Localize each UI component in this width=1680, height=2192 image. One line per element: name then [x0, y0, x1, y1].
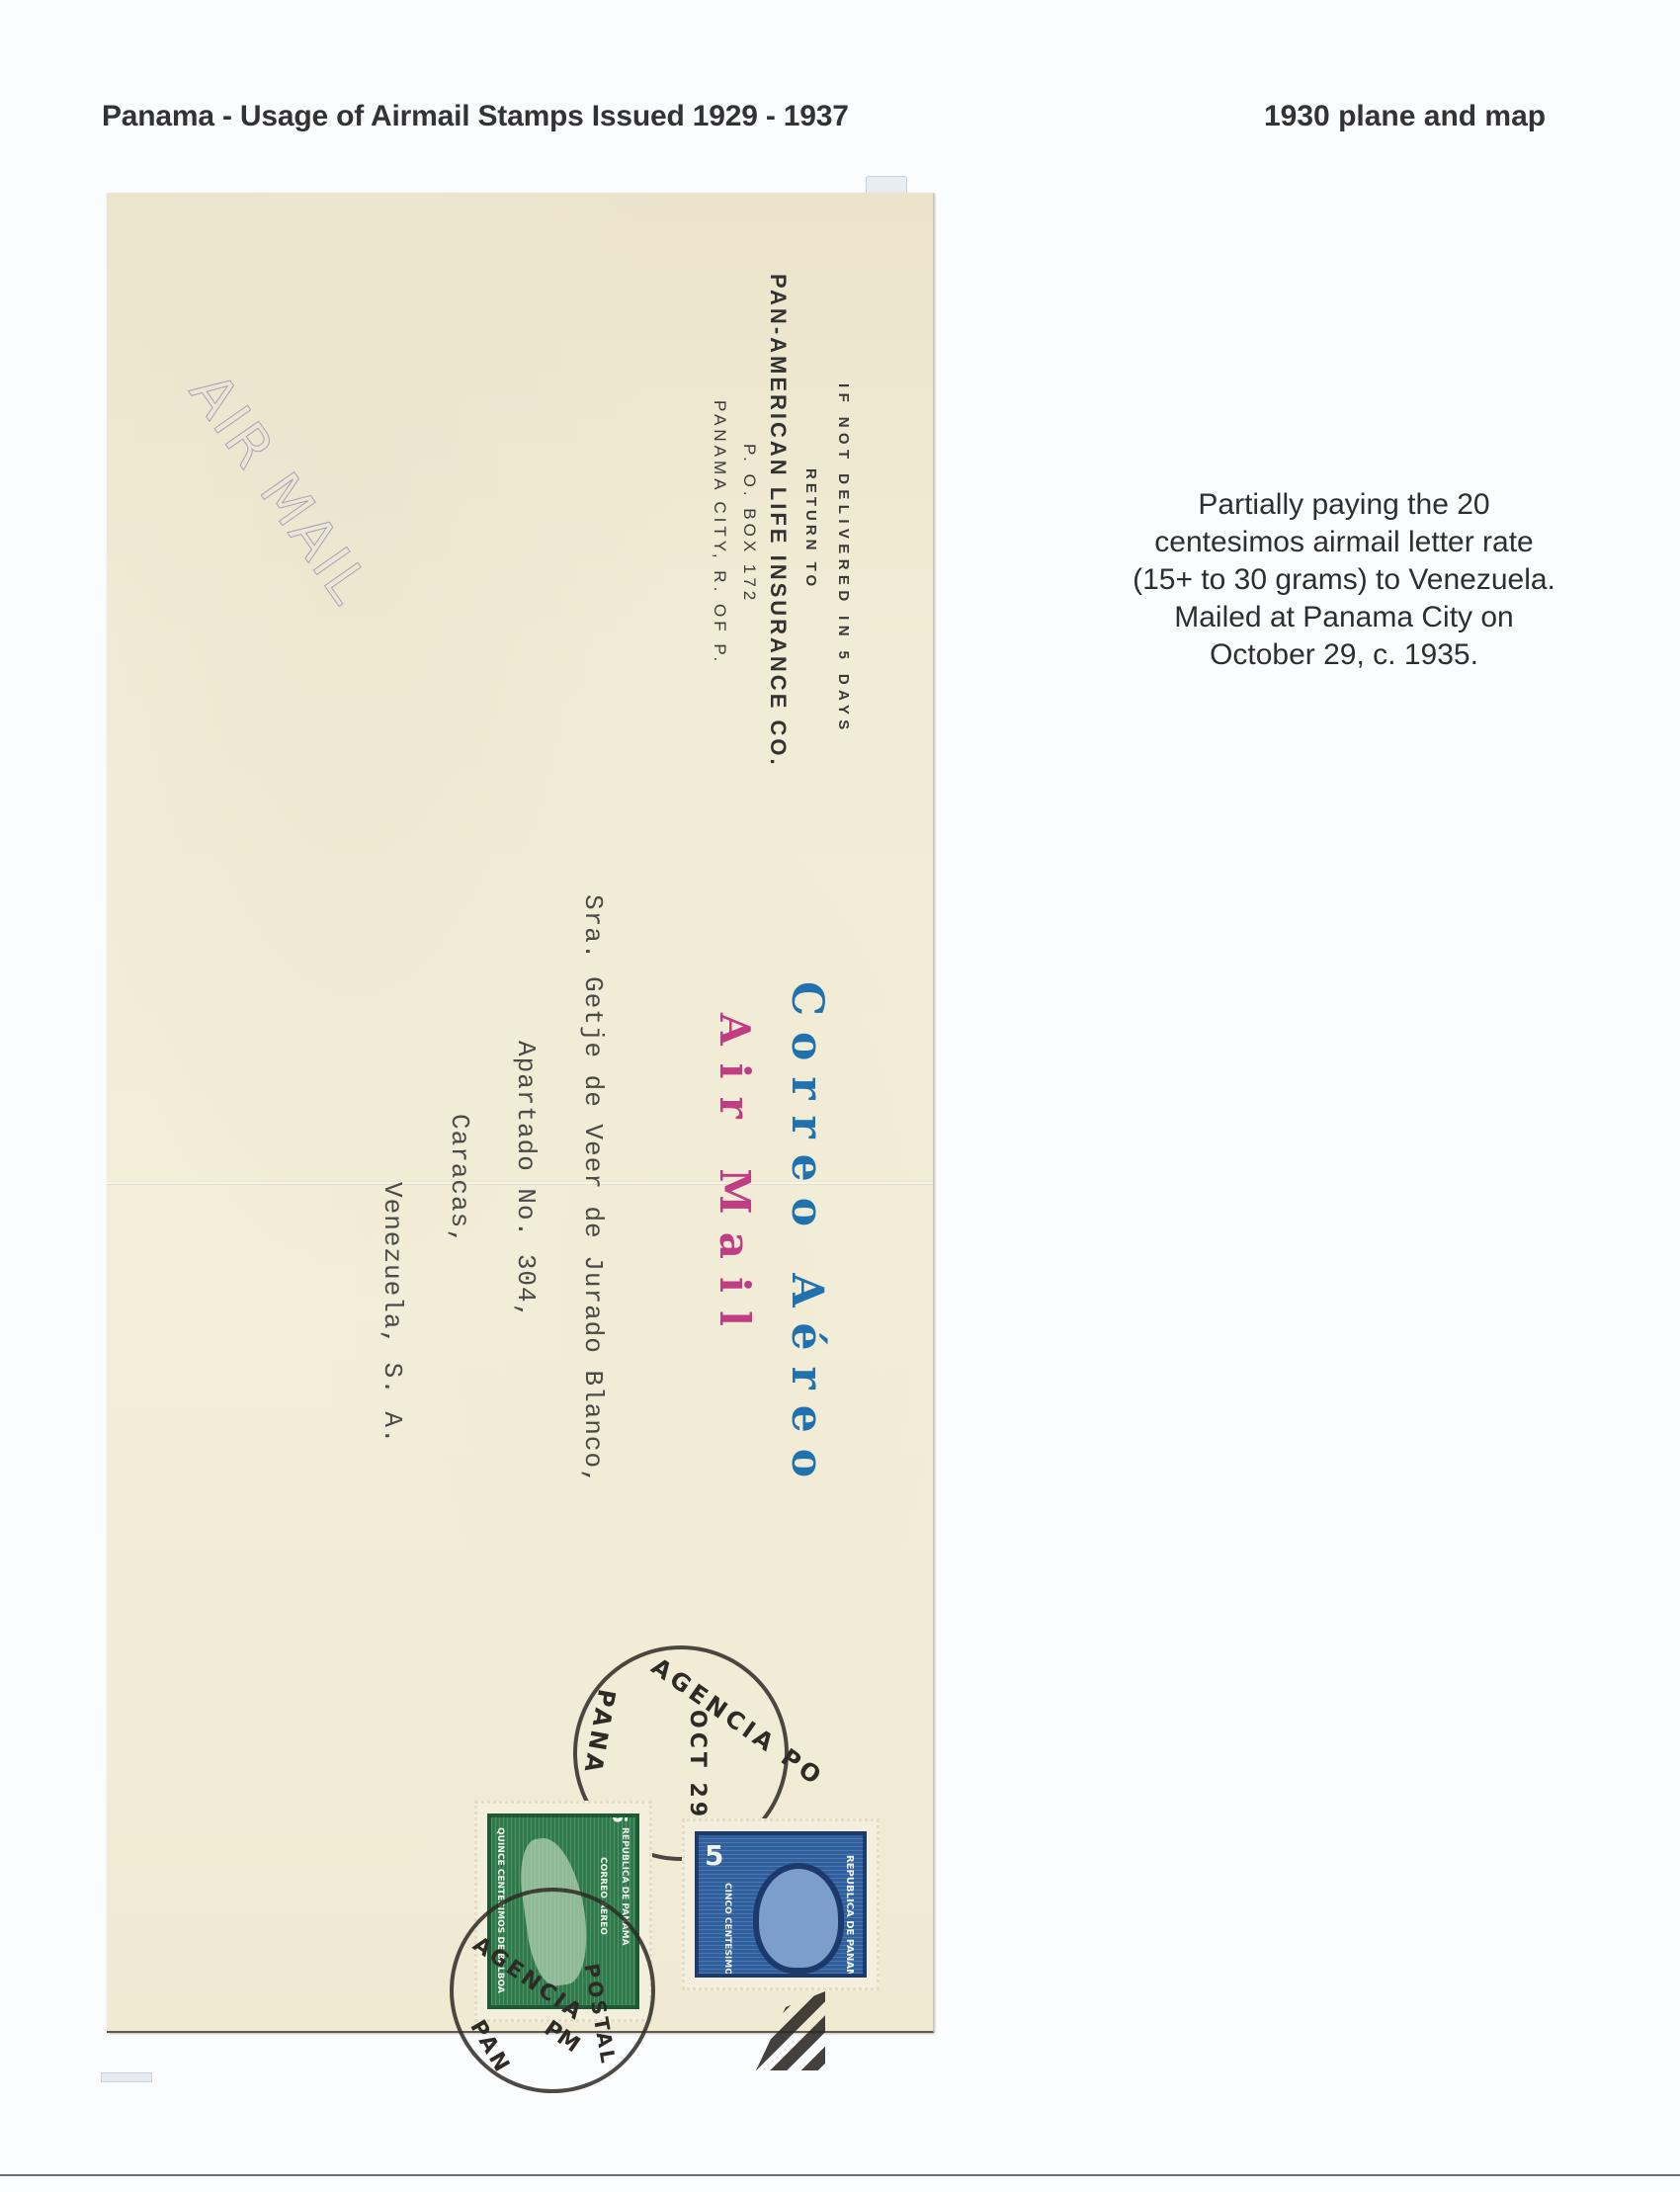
description-line: Mailed at Panama City on	[1077, 599, 1611, 636]
coat-of-arms-icon	[753, 1863, 844, 1974]
address-line: Venezuela, S. A.	[378, 1182, 407, 1445]
page-bottom-rule	[0, 2174, 1680, 2176]
correo-aereo-label: Correo Aéreo	[782, 981, 832, 1493]
page-subtitle: 1930 plane and map	[1264, 100, 1546, 133]
address-line: Apartado No. 304,	[511, 1041, 541, 1319]
return-company: PAN-AMERICAN LIFE INSURANCE CO.	[765, 274, 791, 768]
stamp-legend: CORREOS	[862, 1843, 867, 1891]
air-mail-label: Air Mail	[711, 1013, 759, 1344]
stamp-legend: REPUBLICA DE PANAMA	[844, 1855, 855, 1978]
stamp-denomination: 15	[608, 1813, 631, 1823]
address-line: Caracas,	[445, 1114, 474, 1245]
return-po-box: P. O. BOX 172	[739, 444, 759, 604]
description-line: October 29, c. 1935.	[1077, 636, 1611, 674]
description-line: Partially paying the 20	[1077, 486, 1611, 524]
stamp-5c-definitive: 5 CORREOS REPUBLICA DE PANAMA CINCO CENT…	[682, 1818, 880, 1990]
return-city: PANAMA CITY, R. OF P.	[710, 400, 729, 665]
mount-corner-bottom-left	[101, 2072, 152, 2082]
return-notice: IF NOT DELIVERED IN 5 DAYS	[835, 383, 852, 735]
return-to-label: RETURN TO	[802, 468, 819, 590]
description-line: (15+ to 30 grams) to Venezuela.	[1077, 561, 1611, 599]
stamp-denomination: 5	[705, 1839, 723, 1872]
description-line: centesimos airmail letter rate	[1077, 524, 1611, 561]
cover-description: Partially paying the 20 centesimos airma…	[1077, 486, 1611, 674]
page-title: Panama - Usage of Airmail Stamps Issued …	[102, 100, 849, 133]
stamp-legend: CINCO CENTESIMOS DE BALBOA	[722, 1883, 732, 1978]
stamp-design: 5 CORREOS REPUBLICA DE PANAMA CINCO CENT…	[695, 1831, 867, 1978]
postmark-top-date: OCT 29	[685, 1710, 710, 1820]
address-line: Sra. Getje de Veer de Jurado Blanco,	[578, 894, 608, 1485]
